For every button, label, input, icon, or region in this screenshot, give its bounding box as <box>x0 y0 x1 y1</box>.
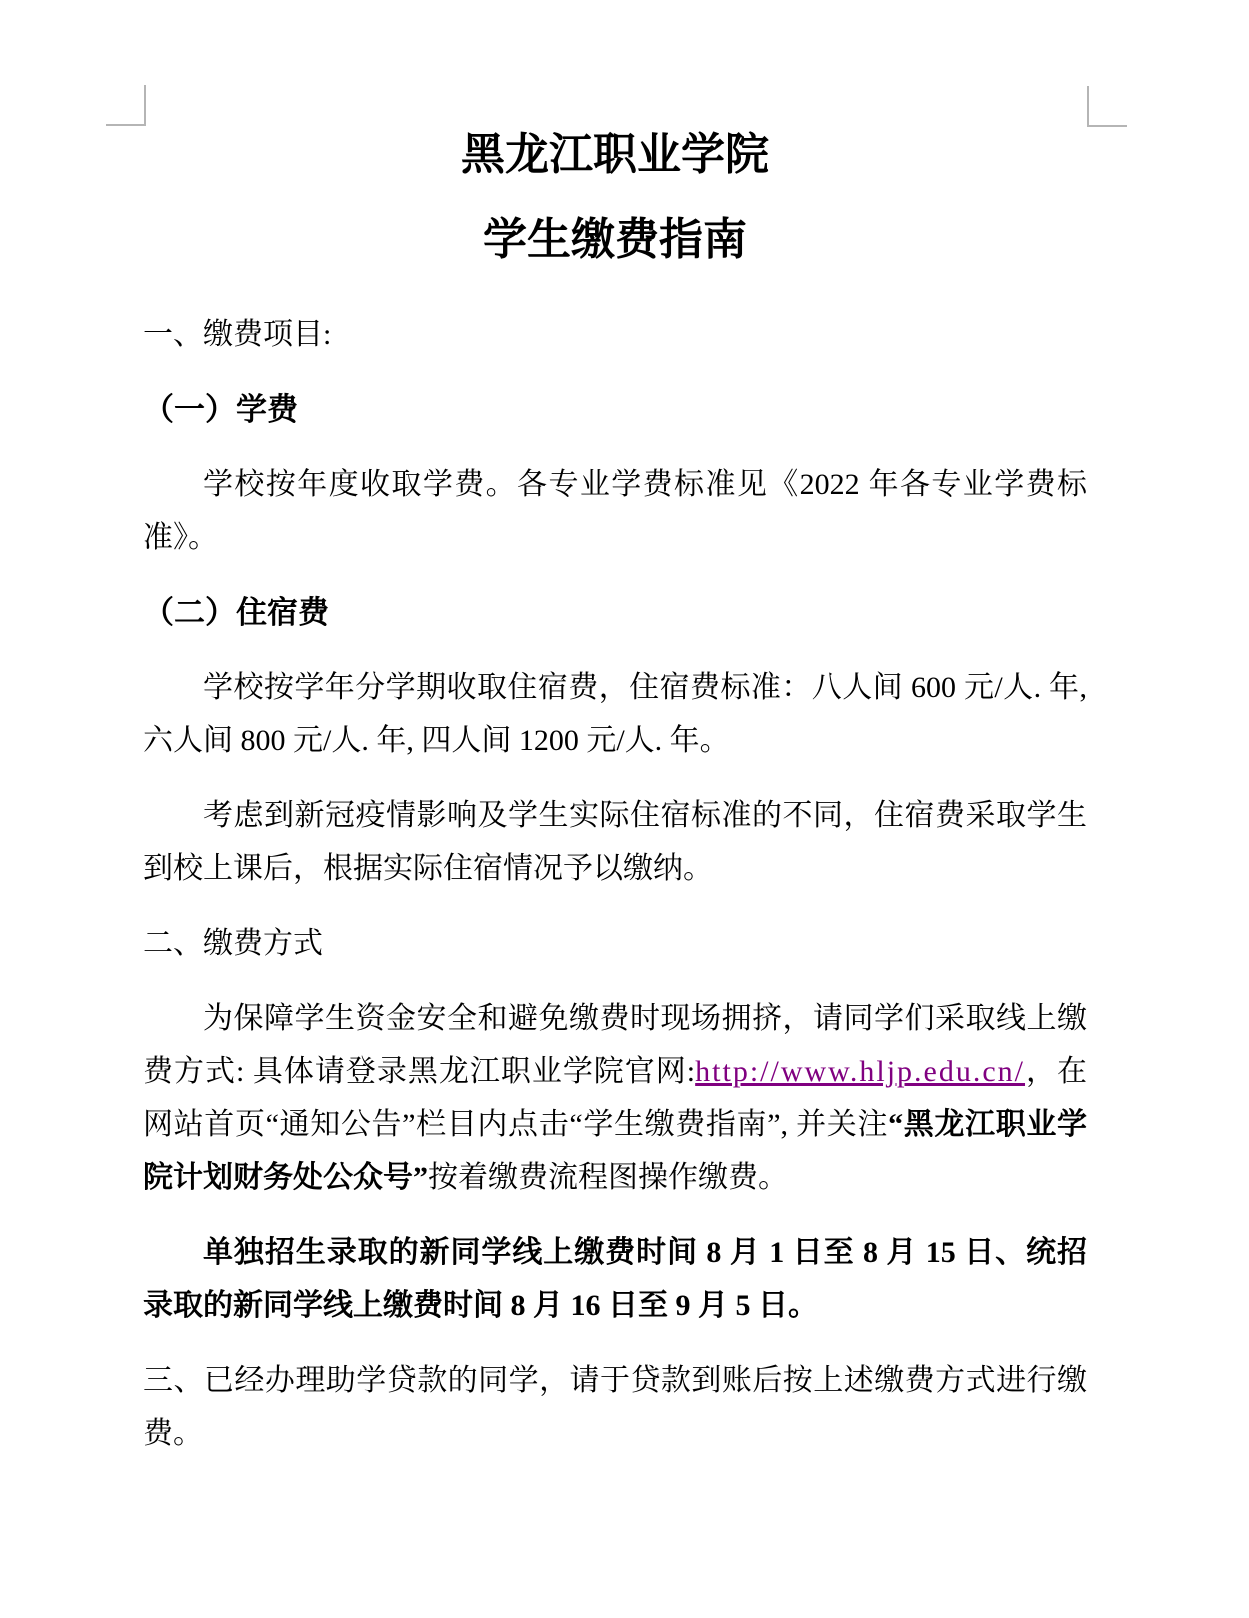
payment-deadline-paragraph: 单独招生录取的新同学线上缴费时间 8 月 1 日至 8 月 15 日、统招录取的… <box>143 1226 1087 1332</box>
tuition-heading: （一）学费 <box>143 383 1087 436</box>
margin-mark-top-right <box>1087 86 1127 127</box>
loan-paragraph: 三、已经办理助学贷款的同学，请于贷款到账后按上述缴费方式进行缴费。 <box>143 1354 1087 1460</box>
school-website-link[interactable]: http://www.hljp.edu.cn/ <box>695 1055 1025 1088</box>
section1-heading: 一、缴费项目: <box>143 308 1087 361</box>
accommodation-heading: （二）住宿费 <box>143 586 1087 639</box>
document-body: 黑龙江职业学院 学生缴费指南 一、缴费项目: （一）学费 学校按年度收取学费。各… <box>143 125 1087 1482</box>
accommodation-paragraph-1: 学校按学年分学期收取住宿费，住宿费标准：八人间 600 元/人. 年, 六人间 … <box>143 661 1087 767</box>
accommodation-paragraph-2: 考虑到新冠疫情影响及学生实际住宿标准的不同，住宿费采取学生到校上课后，根据实际住… <box>143 789 1087 895</box>
document-title: 黑龙江职业学院 学生缴费指南 <box>143 125 1087 270</box>
title-line-1: 黑龙江职业学院 <box>143 125 1087 185</box>
title-line-2: 学生缴费指南 <box>143 210 1087 270</box>
tuition-paragraph: 学校按年度收取学费。各专业学费标准见《2022 年各专业学费标准》。 <box>143 458 1087 564</box>
margin-mark-top-left <box>106 85 146 126</box>
payment-instructions-tail: 按着缴费流程图操作缴费。 <box>428 1161 788 1194</box>
payment-method-paragraph: 为保障学生资金安全和避免缴费时现场拥挤，请同学们采取线上缴费方式: 具体请登录黑… <box>143 992 1087 1204</box>
section2-heading: 二、缴费方式 <box>143 917 1087 970</box>
